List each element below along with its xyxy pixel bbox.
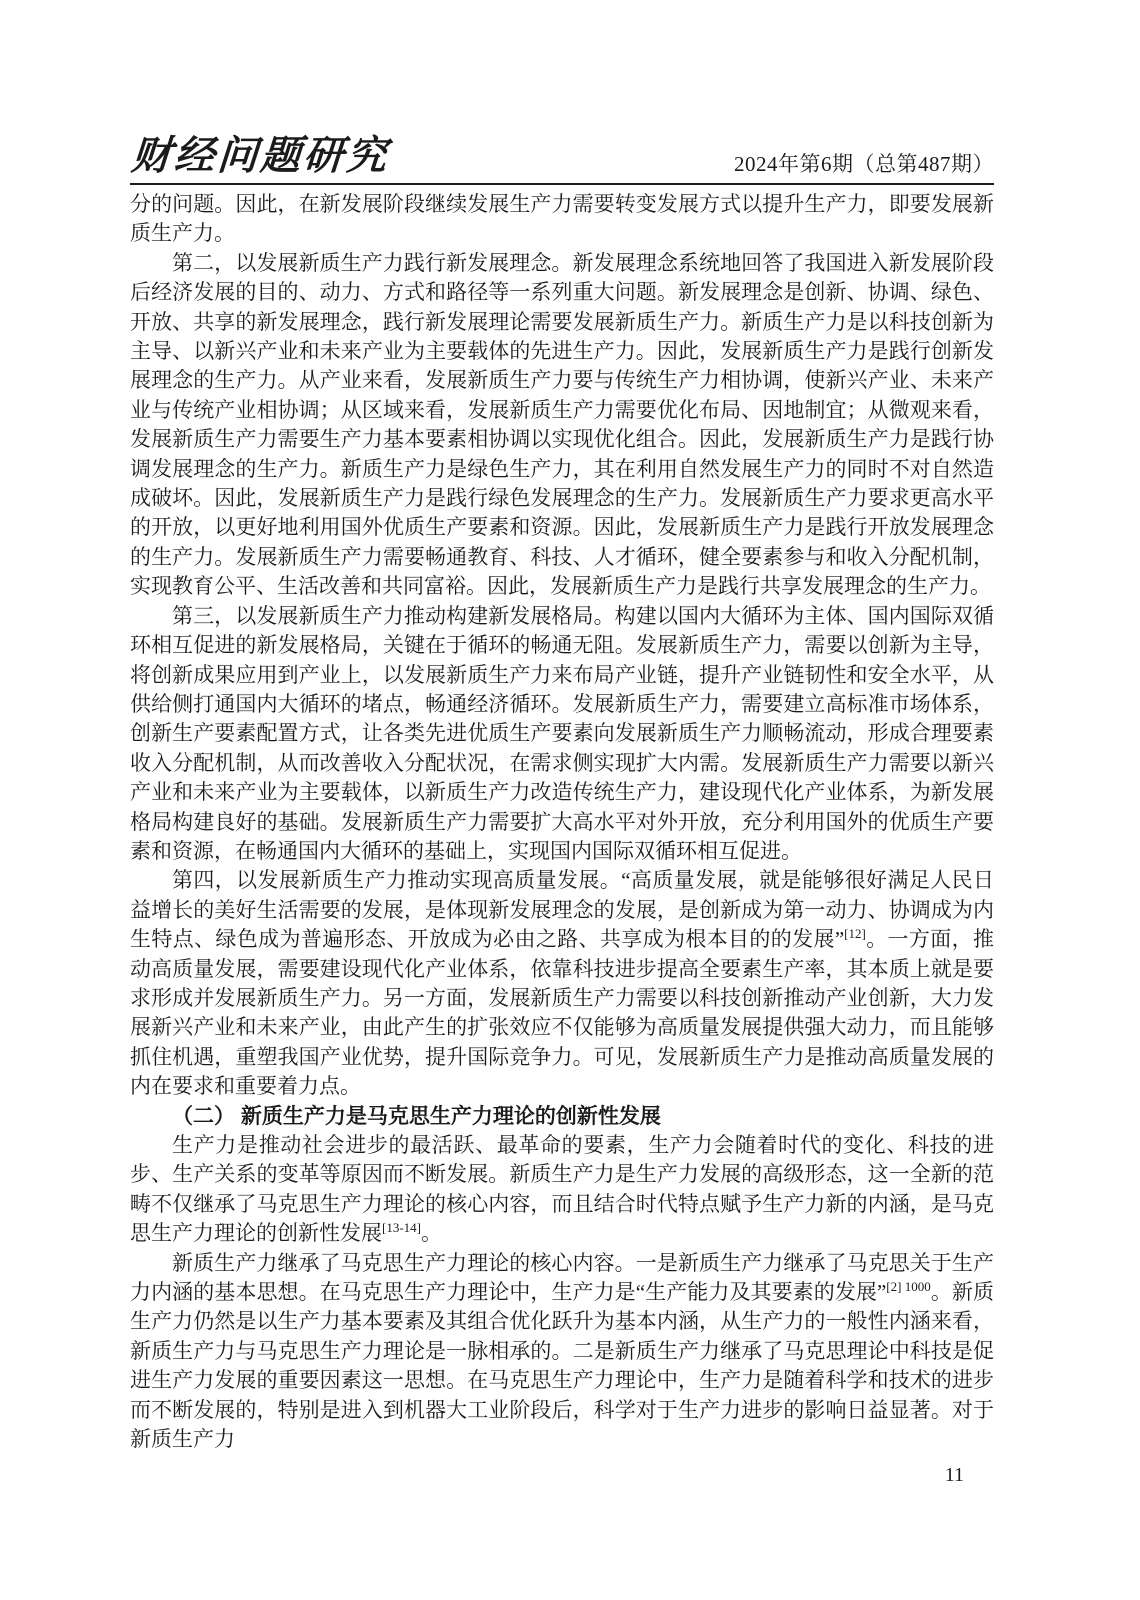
paragraph: 新质生产力继承了马克思生产力理论的核心内容。一是新质生产力继承了马克思关于生产力… [130, 1249, 994, 1455]
article-body: 分的问题。因此，在新发展阶段继续发展生产力需要转变发展方式以提升生产力，即要发展… [130, 190, 994, 1454]
paragraph: 第四，以发展新质生产力推动实现高质量发展。“高质量发展，就是能够很好满足人民日益… [130, 866, 994, 1101]
page-header: 财经问题研究 2024年第6期（总第487期） [130, 136, 994, 185]
paragraph: 分的问题。因此，在新发展阶段继续发展生产力需要转变发展方式以提升生产力，即要发展… [130, 190, 994, 249]
journal-page: 财经问题研究 2024年第6期（总第487期） 分的问题。因此，在新发展阶段继续… [0, 0, 1140, 1600]
page-number: 11 [130, 1463, 994, 1487]
citation-superscript: [2] 1000 [886, 1279, 930, 1294]
journal-logo-calligraphy: 财经问题研究 [130, 136, 391, 176]
issue-info: 2024年第6期（总第487期） [734, 152, 994, 176]
paragraph: 生产力是推动社会进步的最活跃、最革命的要素，生产力会随着时代的变化、科技的进步、… [130, 1131, 994, 1249]
section-heading: （二） 新质生产力是马克思生产力理论的创新性发展 [130, 1102, 994, 1131]
paragraph: 第三，以发展新质生产力推动构建新发展格局。构建以国内大循环为主体、国内国际双循环… [130, 602, 994, 867]
paragraph: 第二，以发展新质生产力践行新发展理念。新发展理念系统地回答了我国进入新发展阶段后… [130, 249, 994, 602]
page-content: 财经问题研究 2024年第6期（总第487期） 分的问题。因此，在新发展阶段继续… [130, 136, 994, 1487]
citation-superscript: [13-14] [382, 1220, 421, 1235]
citation-superscript: [12] [844, 926, 866, 941]
